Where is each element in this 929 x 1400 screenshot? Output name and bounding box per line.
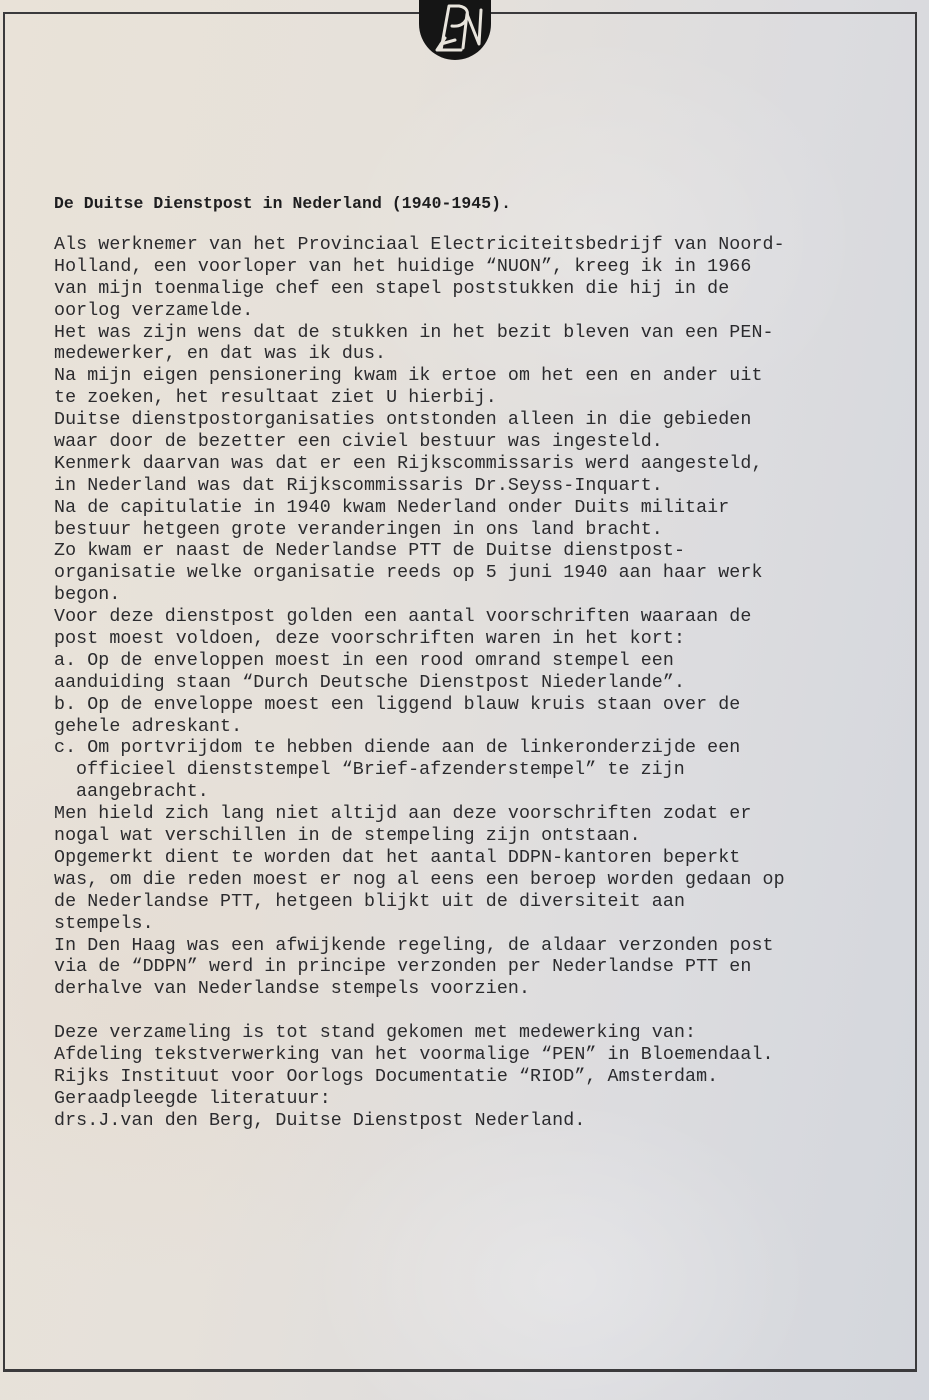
text-line: Afdeling tekstverwerking van het voormal… bbox=[54, 1045, 904, 1067]
text-line: in Nederland was dat Rijkscommissaris Dr… bbox=[54, 476, 904, 498]
document-body: Als werknemer van het Provinciaal Electr… bbox=[54, 235, 904, 1133]
text-line: aanduiding staan “Durch Deutsche Dienstp… bbox=[54, 673, 904, 695]
text-line: b. Op de enveloppe moest een liggend bla… bbox=[54, 695, 904, 717]
text-line: c. Om portvrijdom te hebben diende aan d… bbox=[54, 738, 904, 760]
logo-monogram-glyph bbox=[419, 0, 491, 60]
text-line: Deze verzameling is tot stand gekomen me… bbox=[54, 1023, 904, 1045]
document-title: De Duitse Dienstpost in Nederland (1940-… bbox=[54, 190, 904, 217]
text-line: drs.J.van den Berg, Duitse Dienstpost Ne… bbox=[54, 1111, 904, 1133]
text-line: Geraadpleegde literatuur: bbox=[54, 1089, 904, 1111]
text-line: Zo kwam er naast de Nederlandse PTT de D… bbox=[54, 541, 904, 563]
text-line: nogal wat verschillen in de stempeling z… bbox=[54, 826, 904, 848]
text-line: begon. bbox=[54, 585, 904, 607]
text-line: Het was zijn wens dat de stukken in het … bbox=[54, 323, 904, 345]
text-line: aangebracht. bbox=[54, 782, 904, 804]
text-line: officieel dienststempel “Brief-afzenders… bbox=[54, 760, 904, 782]
text-line: Voor deze dienstpost golden een aantal v… bbox=[54, 607, 904, 629]
text-line: was, om die reden moest er nog al eens e… bbox=[54, 870, 904, 892]
text-line: de Nederlandse PTT, hetgeen blijkt uit d… bbox=[54, 892, 904, 914]
text-line: te zoeken, het resultaat ziet U hierbij. bbox=[54, 388, 904, 410]
text-line: Duitse dienstpostorganisaties ontstonden… bbox=[54, 410, 904, 432]
text-line: stempels. bbox=[54, 914, 904, 936]
paragraph-intro-and-rules: Als werknemer van het Provinciaal Electr… bbox=[54, 235, 904, 760]
document-content: De Duitse Dienstpost in Nederland (1940-… bbox=[54, 190, 904, 1133]
text-line: Na mijn eigen pensionering kwam ik ertoe… bbox=[54, 366, 904, 388]
text-line: Holland, een voorloper van het huidige “… bbox=[54, 257, 904, 279]
paragraph-spacer bbox=[54, 1001, 904, 1023]
text-line: derhalve van Nederlandse stempels voorzi… bbox=[54, 979, 904, 1001]
text-line: Kenmerk daarvan was dat er een Rijkscomm… bbox=[54, 454, 904, 476]
text-line: organisatie welke organisatie reeds op 5… bbox=[54, 563, 904, 585]
text-line: waar door de bezetter een civiel bestuur… bbox=[54, 432, 904, 454]
text-line: Als werknemer van het Provinciaal Electr… bbox=[54, 235, 904, 257]
text-line: bestuur hetgeen grote veranderingen in o… bbox=[54, 520, 904, 542]
paragraph-remarks: Men hield zich lang niet altijd aan deze… bbox=[54, 804, 904, 1001]
paragraph-rule-c-continuation: officieel dienststempel “Brief-afzenders… bbox=[54, 760, 904, 804]
text-line: a. Op de enveloppen moest in een rood om… bbox=[54, 651, 904, 673]
text-line: Rijks Instituut voor Oorlogs Documentati… bbox=[54, 1067, 904, 1089]
pen-monogram-logo-icon bbox=[419, 0, 491, 60]
text-line: post moest voldoen, deze voorschriften w… bbox=[54, 629, 904, 651]
text-line: Na de capitulatie in 1940 kwam Nederland… bbox=[54, 498, 904, 520]
text-line: via de “DDPN” werd in principe verzonden… bbox=[54, 957, 904, 979]
text-line: medewerker, en dat was ik dus. bbox=[54, 344, 904, 366]
paragraph-credits: Deze verzameling is tot stand gekomen me… bbox=[54, 1023, 904, 1132]
text-line: oorlog verzamelde. bbox=[54, 301, 904, 323]
text-line: gehele adreskant. bbox=[54, 717, 904, 739]
text-line: van mijn toenmalige chef een stapel post… bbox=[54, 279, 904, 301]
text-line: In Den Haag was een afwijkende regeling,… bbox=[54, 936, 904, 958]
text-line: Opgemerkt dient te worden dat het aantal… bbox=[54, 848, 904, 870]
text-line: Men hield zich lang niet altijd aan deze… bbox=[54, 804, 904, 826]
